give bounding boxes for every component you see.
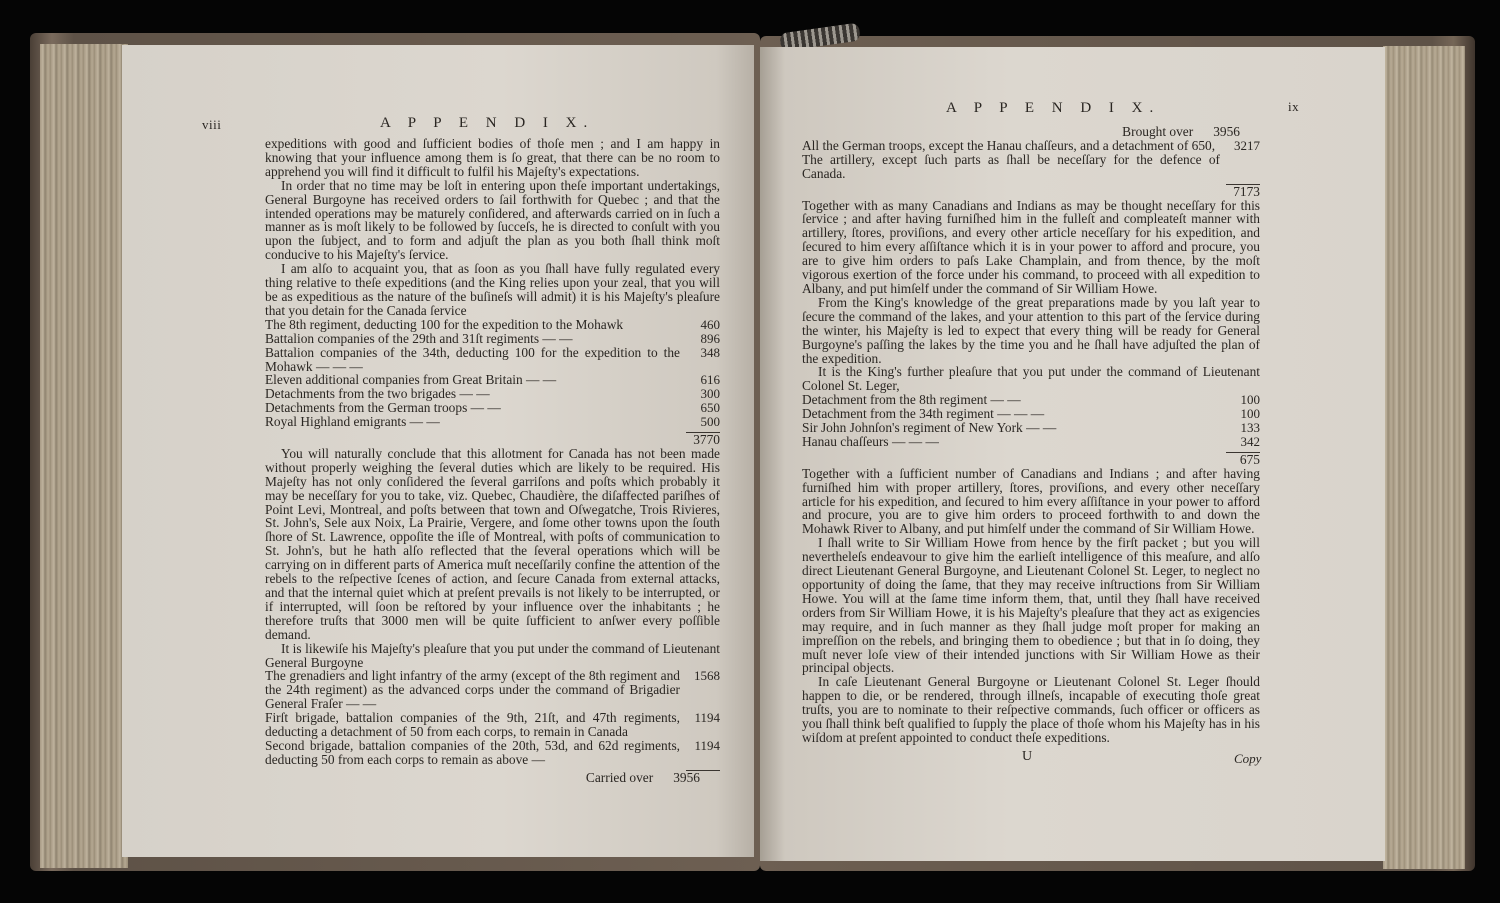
troop-table-burgoyne-cont: All the German troops, except the Hanau …: [802, 139, 1260, 199]
table-row: Royal Highland emigrants — —500: [265, 415, 720, 429]
table-row: The 8th regiment, deducting 100 for the …: [265, 318, 720, 332]
paragraph: From the King's knowledge of the great p…: [802, 296, 1260, 366]
running-head: A P P E N D I X.: [380, 115, 594, 132]
page-edges-left: [40, 44, 128, 868]
brought-over-label: Brought over: [1122, 124, 1193, 139]
paragraph: In order that no time may be loſt in ent…: [265, 179, 720, 262]
carried-over-label: Carried over: [586, 770, 653, 785]
paragraph: expeditions with good and ſufficient bod…: [265, 137, 720, 179]
right-page: A P P E N D I X. ix Brought over3956 All…: [760, 47, 1385, 861]
paragraph: Together with a ſufficient number of Can…: [802, 467, 1260, 537]
paragraph: In caſe Lieutenant General Burgoyne or L…: [802, 675, 1260, 745]
table-row: Eleven additional companies from Great B…: [265, 373, 720, 387]
table-total: 675: [802, 453, 1260, 467]
table-row: Hanau chaſſeurs — — —342: [802, 435, 1260, 449]
table-row: Battalion companies of the 29th and 31ſt…: [265, 332, 720, 346]
table-row: The artillery, except ſuch parts as ſhal…: [802, 153, 1260, 181]
page-edges-right: [1383, 46, 1465, 869]
table-row: All the German troops, except the Hanau …: [802, 139, 1260, 153]
brought-over-value: 3956: [1213, 124, 1240, 139]
catchword: Copy: [1234, 751, 1261, 767]
paragraph: You will naturally conclude that this al…: [265, 447, 720, 642]
troop-table-burgoyne: The grenadiers and light infantry of the…: [265, 669, 720, 784]
paragraph: Together with as many Canadians and Indi…: [802, 199, 1260, 296]
troop-table-canada: The 8th regiment, deducting 100 for the …: [265, 318, 720, 447]
carried-over-value: 3956: [673, 770, 700, 785]
paragraph: It is likewiſe his Majeſty's pleaſure th…: [265, 642, 720, 670]
running-head: A P P E N D I X.: [946, 100, 1160, 117]
table-row: The grenadiers and light infantry of the…: [265, 669, 720, 711]
signature-mark: U: [1022, 749, 1032, 765]
paragraph: It is the King's further pleaſure that y…: [802, 365, 1260, 393]
table-row: Battalion companies of the 34th, deducti…: [265, 346, 720, 374]
table-row: Detachment from the 8th regiment — —100: [802, 393, 1260, 407]
paragraph: I am alſo to acquaint you, that as ſoon …: [265, 262, 720, 318]
paragraph: I ſhall write to Sir William Howe from h…: [802, 536, 1260, 675]
brought-over: Brought over3956: [802, 125, 1260, 139]
table-row: Firſt brigade, battalion companies of th…: [265, 711, 720, 739]
left-page: viii A P P E N D I X. expeditions with g…: [122, 45, 754, 857]
troop-table-st-leger: Detachment from the 8th regiment — —100 …: [802, 393, 1260, 467]
table-total: 7173: [802, 185, 1260, 199]
page-number: viii: [202, 117, 221, 133]
table-row: Sir John Johnſon's regiment of New York …: [802, 421, 1260, 435]
left-page-body: expeditions with good and ſufficient bod…: [265, 137, 720, 785]
table-row: Second brigade, battalion companies of t…: [265, 739, 720, 767]
table-row: Detachments from the two brigades — —300: [265, 387, 720, 401]
right-page-body: Brought over3956 All the German troops, …: [802, 125, 1260, 745]
carried-over: Carried over3956: [265, 771, 720, 785]
table-row: Detachments from the German troops — —65…: [265, 401, 720, 415]
page-number: ix: [1288, 99, 1299, 115]
table-row: Detachment from the 34th regiment — — —1…: [802, 407, 1260, 421]
table-total: 3770: [265, 433, 720, 447]
